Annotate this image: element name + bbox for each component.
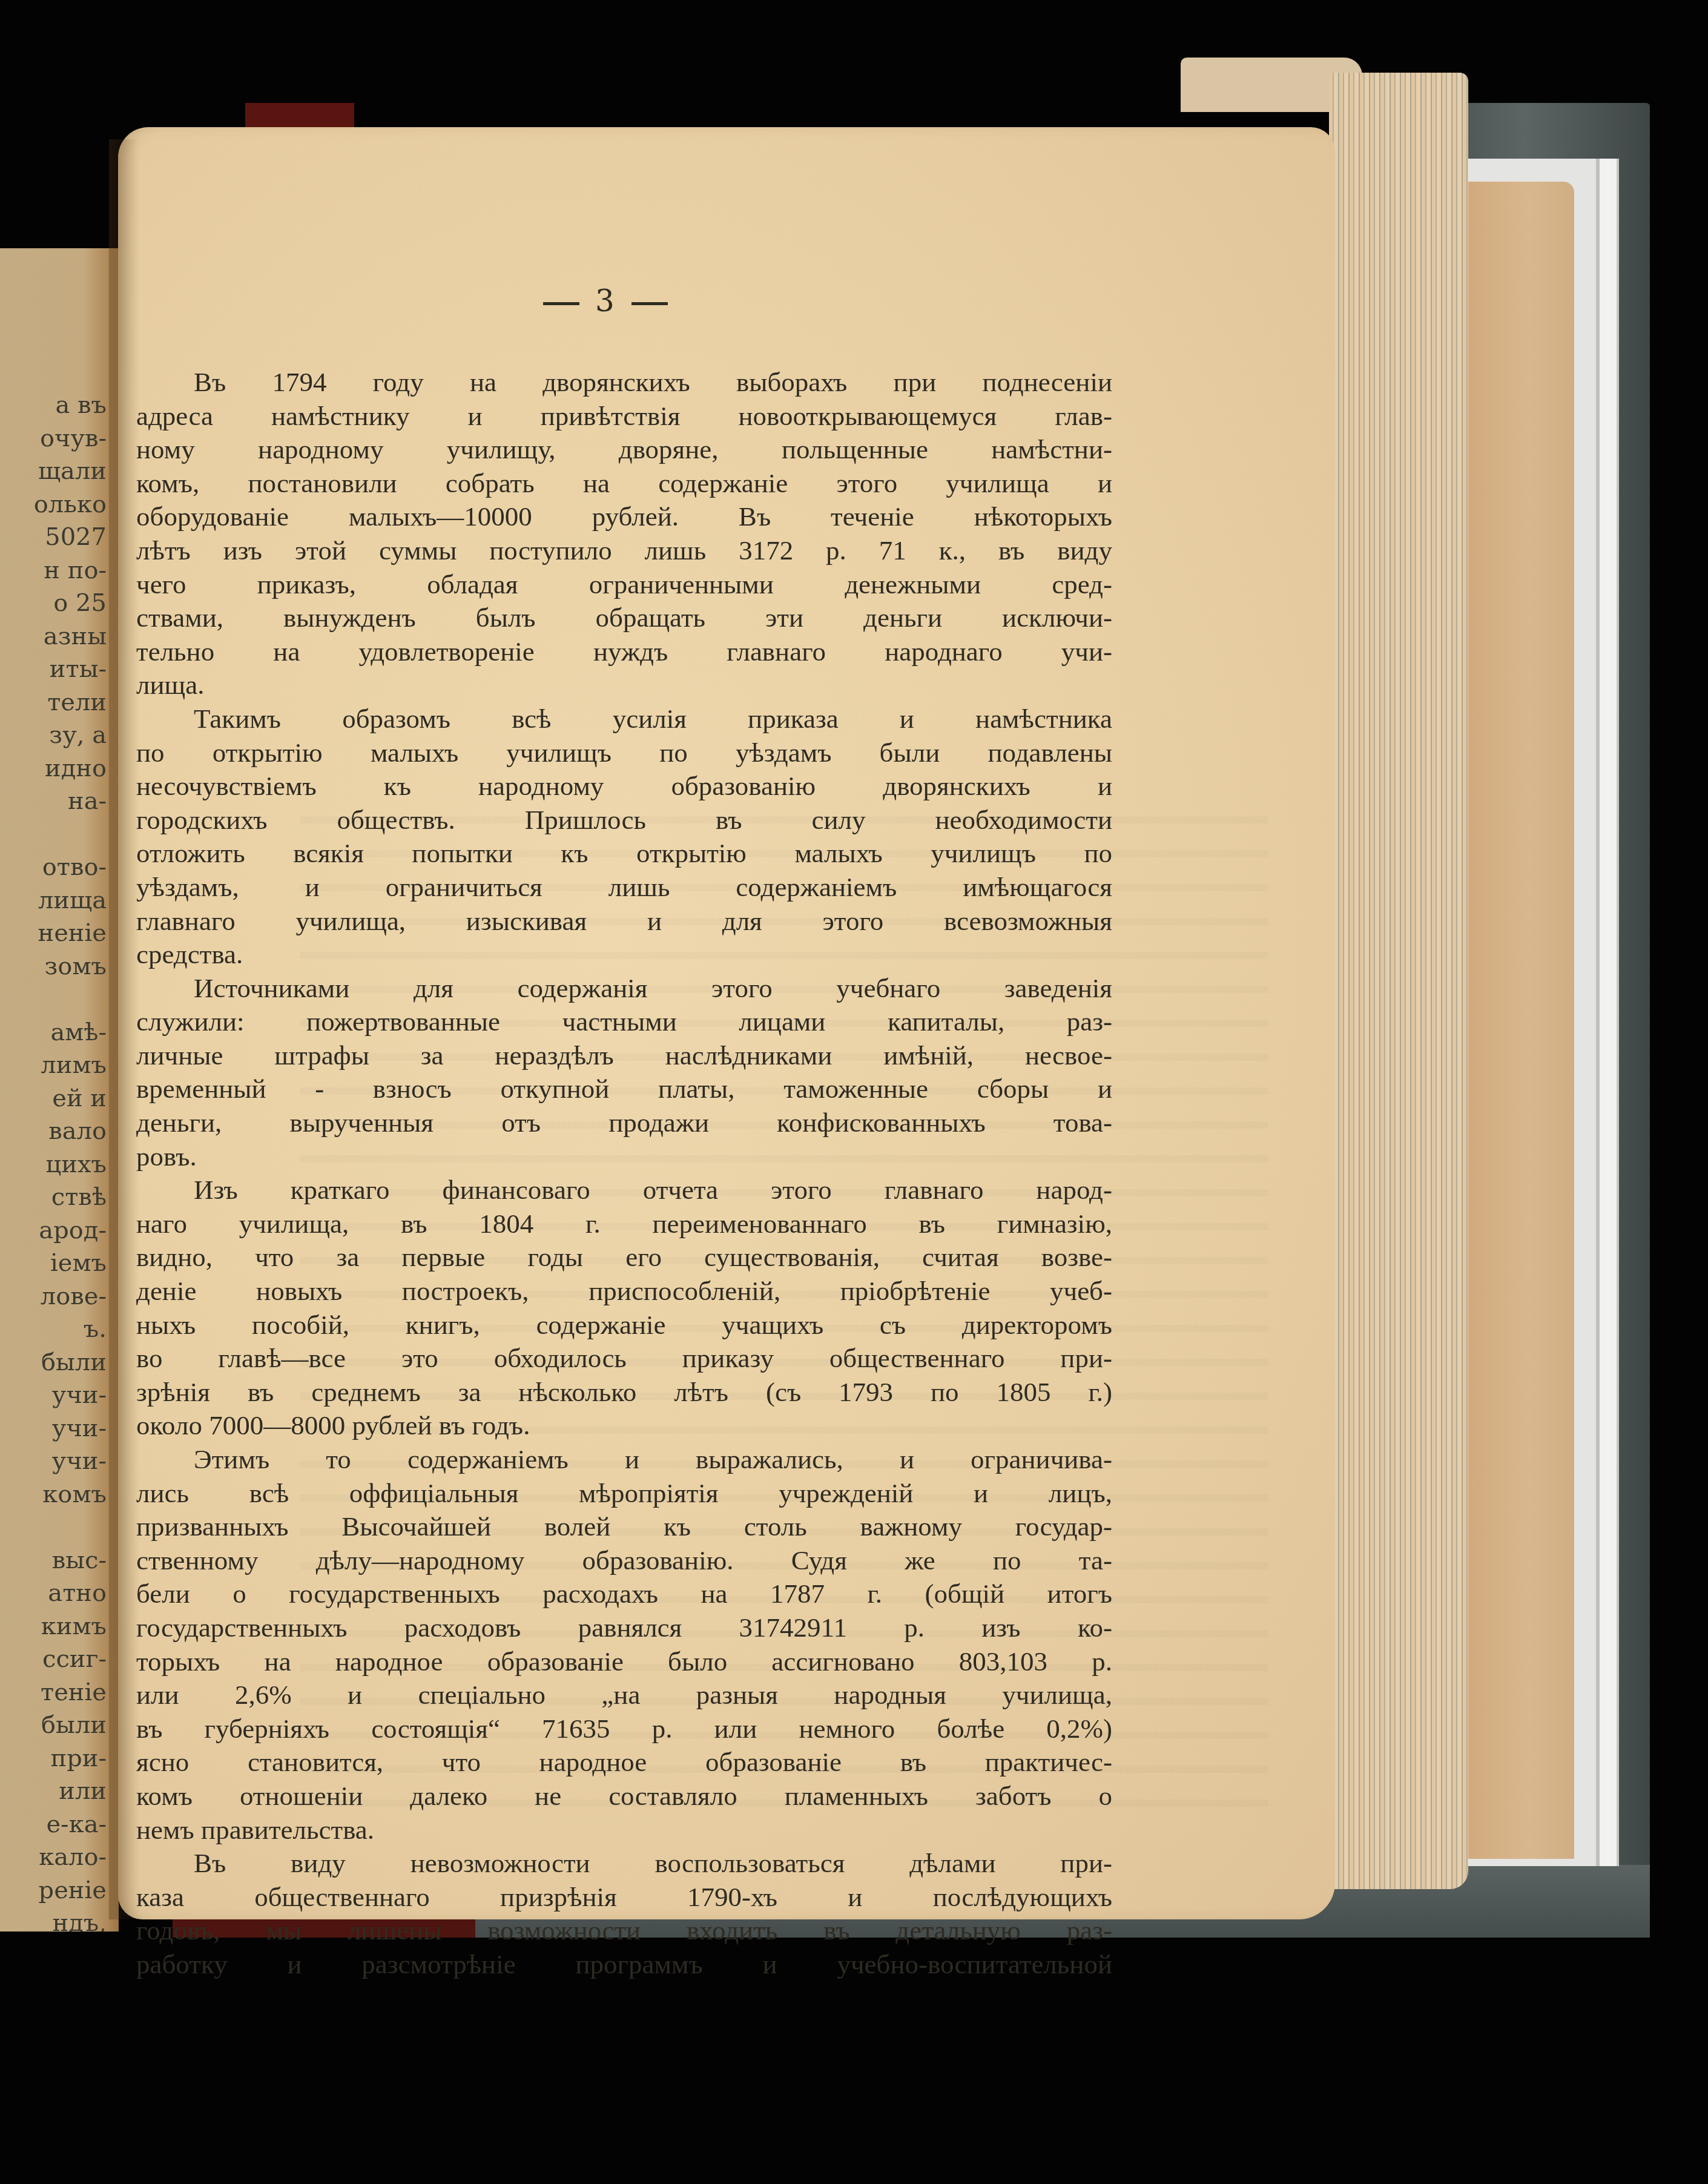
page-stack-fore-edge — [1329, 73, 1468, 1889]
left-page-fragment: а въ очув- щали олько 5027 н по- о 25 аз… — [0, 248, 119, 1932]
text-line: временный - взносъ откупной платы, тамож… — [136, 1072, 1112, 1106]
text-line: зрѣнія въ среднемъ за нѣсколько лѣтъ (съ… — [136, 1376, 1112, 1410]
text-line: личные штрафы за нераздѣлъ наслѣдниками … — [136, 1039, 1112, 1073]
text-line: ственному дѣлу—народному образованію. Су… — [136, 1544, 1112, 1578]
text-line: призванныхъ Высочайшей волей къ столь ва… — [136, 1510, 1112, 1544]
page-body-text: Въ 1794 году на дворянскихъ выборахъ при… — [136, 366, 1112, 1982]
text-line: средства. — [136, 938, 1112, 972]
text-line: работку и разсмотрѣніе программъ и учебн… — [136, 1948, 1112, 1982]
text-line: Такимъ образомъ всѣ усилія приказа и нам… — [136, 702, 1112, 736]
text-line: деньги, вырученныя отъ продажи конфисков… — [136, 1106, 1112, 1140]
text-line: отложить всякія попытки къ открытію малы… — [136, 837, 1112, 871]
text-line: по открытію малыхъ училищъ по уѣздамъ бы… — [136, 736, 1112, 770]
text-line: каза общественнаго призрѣнія 1790-хъ и п… — [136, 1881, 1112, 1915]
left-page-text: а въ очув- щали олько 5027 н по- о 25 аз… — [0, 389, 107, 1932]
text-line: лись всѣ оффиціальныя мѣропріятія учрежд… — [136, 1477, 1112, 1511]
text-line: наго училища, въ 1804 г. переименованнаг… — [136, 1207, 1112, 1241]
text-line: или 2,6% и спеціально „на разныя народны… — [136, 1678, 1112, 1712]
text-line: деніе новыхъ построекъ, приспособленій, … — [136, 1275, 1112, 1308]
page-number-dash-left — [543, 302, 579, 305]
text-line: служили: пожертвованные частными лицами … — [136, 1005, 1112, 1039]
text-line: ствами, вынужденъ былъ обращать эти день… — [136, 601, 1112, 635]
text-line: Въ 1794 году на дворянскихъ выборахъ при… — [136, 366, 1112, 400]
text-line: тельно на удовлетвореніе нуждъ главнаго … — [136, 635, 1112, 669]
text-line: лища. — [136, 668, 1112, 702]
text-line: видно, что за первые годы его существова… — [136, 1241, 1112, 1275]
text-line: оборудованіе малыхъ—10000 рублей. Въ теч… — [136, 500, 1112, 534]
text-line: Этимъ то содержаніемъ и выражались, и ог… — [136, 1443, 1112, 1477]
text-line: въ губерніяхъ состоящія“ 71635 р. или не… — [136, 1712, 1112, 1746]
text-line: несочувствіемъ къ народному образованію … — [136, 770, 1112, 803]
text-line: Въ виду невозможности воспользоваться дѣ… — [136, 1847, 1112, 1881]
text-line: комъ, постановили собрать на содержаніе … — [136, 467, 1112, 501]
text-line: ровъ. — [136, 1140, 1112, 1174]
inserted-leaf — [1462, 182, 1574, 1859]
page-number: 3 — [118, 283, 1093, 318]
text-line: ясно становится, что народное образовані… — [136, 1746, 1112, 1780]
text-line: адреса намѣстнику и привѣтствія новооткр… — [136, 400, 1112, 434]
text-line: бели о государственныхъ расходахъ на 178… — [136, 1577, 1112, 1611]
text-line: городскихъ обществъ. Пришлось въ силу не… — [136, 803, 1112, 837]
text-line: торыхъ на народное образованіе было асси… — [136, 1645, 1112, 1679]
text-line: лѣтъ изъ этой суммы поступило лишь 3172 … — [136, 534, 1112, 568]
text-line: комъ отношеніи далеко не составляло плам… — [136, 1780, 1112, 1813]
text-line: ному народному училищу, дворяне, польщен… — [136, 433, 1112, 467]
text-line: государственныхъ расходовъ равнялся 3174… — [136, 1611, 1112, 1645]
text-line: немъ правительства. — [136, 1813, 1112, 1847]
text-line: главнаго училища, изыскивая и для этого … — [136, 905, 1112, 939]
gutter-shadow — [109, 139, 139, 1919]
text-line: ныхъ пособій, книгъ, содержаніе учащихъ … — [136, 1308, 1112, 1342]
page-number-value: 3 — [595, 283, 616, 318]
text-line: около 7000—8000 рублей въ годъ. — [136, 1409, 1112, 1443]
text-line: годовъ, мы лишены возможности входить въ… — [136, 1914, 1112, 1948]
headband-top — [245, 103, 354, 127]
text-line: Источниками для содержанія этого учебнаг… — [136, 972, 1112, 1006]
page-number-dash-right — [631, 302, 668, 305]
text-line: во главѣ—все это обходилось приказу обще… — [136, 1342, 1112, 1376]
text-line: чего приказъ, обладая ограниченными дене… — [136, 568, 1112, 602]
text-line: уѣздамъ, и ограничиться лишь содержаніем… — [136, 871, 1112, 905]
text-line: Изъ краткаго финансоваго отчета этого гл… — [136, 1173, 1112, 1207]
